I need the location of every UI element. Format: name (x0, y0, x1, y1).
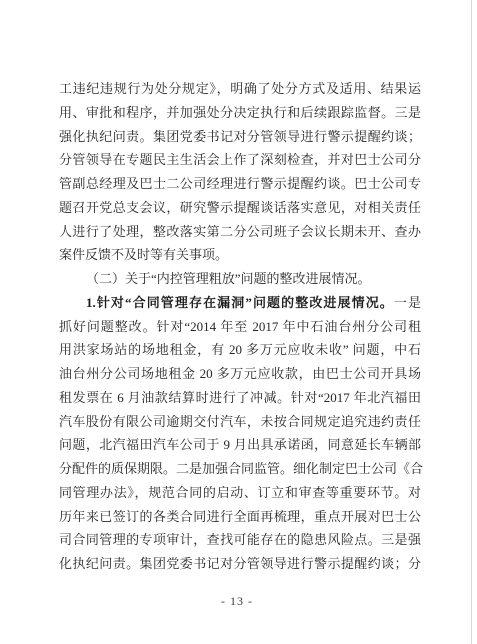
text-segment: 用洪家场站的场地租金，有 20 多万元应收未收” 问题，中石 (59, 342, 421, 357)
text-segment-bold: 1.针对“合同管理存在漏洞”问题的整改进展情况。 (86, 295, 394, 310)
text-segment: （二）关于“内控管理粗放”问题的整改进展情况。 (86, 271, 371, 286)
text-segment: 题召开党总支会议，研究警示提醒谈话落实意见，对相关责任 (59, 200, 421, 215)
text-segment: 人进行了处理，整改落实第二分公司班子会议长期未开、查办 (59, 224, 421, 239)
text-line: 用洪家场站的场地租金，有 20 多万元应收未收” 问题，中石 (59, 338, 421, 362)
text-line: 油台州分公司场地租金 20 多万元应收款，由巴士公司开具场 (59, 362, 421, 386)
text-line: 问题，北汽福田汽车公司于 9 月出具承诺函，同意延长车辆部 (59, 433, 421, 457)
text-segment: 案件反馈不及时等有关事项。 (59, 247, 228, 262)
document-page: 工违纪违规行为处分规定》，明确了处分方式及适用、结果运用、审批和程序，并加强处分… (0, 0, 477, 644)
text-segment: 分配件的质保期限。二是加强合同监管。细化制定巴士公司《合 (59, 461, 423, 476)
text-line: 案件反馈不及时等有关事项。 (59, 243, 421, 267)
text-segment: 历年来已签订的各类合同进行全面再梳理，重点开展对巴士公 (59, 509, 421, 524)
text-line: 管副总经理及巴士二公司经理进行警示提醒约谈。巴士公司专 (59, 172, 421, 196)
text-line: 工违纪违规行为处分规定》，明确了处分方式及适用、结果运 (59, 77, 421, 101)
text-line: 人进行了处理，整改落实第二分公司班子会议长期未开、查办 (59, 220, 421, 244)
text-segment: 分管领导在专题民主生活会上作了深刻检查，并对巴士公司分 (59, 152, 421, 167)
text-line: （二）关于“内控管理粗放”问题的整改进展情况。 (59, 267, 421, 291)
text-segment: 油台州分公司场地租金 20 多万元应收款，由巴士公司开具场 (59, 366, 421, 381)
text-line: 分配件的质保期限。二是加强合同监管。细化制定巴士公司《合 (59, 457, 421, 481)
text-line: 题召开党总支会议，研究警示提醒谈话落实意见，对相关责任 (59, 196, 421, 220)
text-segment: 汽车股份有限公司逾期交付汽车，未按合同规定追究违约责任 (59, 414, 421, 429)
page-number: - 13 - (59, 594, 415, 609)
text-segment: 一是 (394, 295, 421, 310)
text-segment: 强化执纪问责。集团党委书记对分管领导进行警示提醒约谈； (59, 129, 421, 144)
text-segment: 租发票在 6 月油款结算时进行了冲减。针对“2017 年北汽福田 (59, 390, 421, 405)
text-segment: 管副总经理及巴士二公司经理进行警示提醒约谈。巴士公司专 (59, 176, 421, 191)
text-line: 化执纪问责。集团党委书记对分管领导进行警示提醒约谈；分 (59, 552, 421, 576)
text-line: 历年来已签订的各类合同进行全面再梳理，重点开展对巴士公 (59, 505, 421, 529)
text-segment: 用、审批和程序，并加强处分决定执行和后续跟踪监督。三是 (59, 105, 421, 120)
text-line: 强化执纪问责。集团党委书记对分管领导进行警示提醒约谈； (59, 125, 421, 149)
text-segment: 化执纪问责。集团党委书记对分管领导进行警示提醒约谈；分 (59, 556, 421, 571)
text-line: 汽车股份有限公司逾期交付汽车，未按合同规定追究违约责任 (59, 410, 421, 434)
page-edge-line (471, 0, 472, 644)
text-segment: 司合同管理的专项审计，查找可能存在的隐患风险点。三是强 (59, 532, 421, 547)
text-line: 司合同管理的专项审计，查找可能存在的隐患风险点。三是强 (59, 528, 421, 552)
text-segment: 工违纪违规行为处分规定》，明确了处分方式及适用、结果运 (59, 81, 421, 96)
text-line: 1.针对“合同管理存在漏洞”问题的整改进展情况。一是 (59, 291, 421, 315)
text-segment: 抓好问题整改。针对“2014 年至 2017 年中石油台州分公司租 (59, 319, 421, 334)
text-segment: 问题，北汽福田汽车公司于 9 月出具承诺函，同意延长车辆部 (59, 437, 421, 452)
text-line: 抓好问题整改。针对“2014 年至 2017 年中石油台州分公司租 (59, 315, 421, 339)
text-block: 工违纪违规行为处分规定》，明确了处分方式及适用、结果运用、审批和程序，并加强处分… (59, 77, 421, 576)
text-line: 同管理办法》，规范合同的启动、订立和审查等重要环节。对 (59, 481, 421, 505)
text-line: 分管领导在专题民主生活会上作了深刻检查，并对巴士公司分 (59, 148, 421, 172)
text-segment: 同管理办法》，规范合同的启动、订立和审查等重要环节。对 (59, 485, 421, 500)
text-line: 用、审批和程序，并加强处分决定执行和后续跟踪监督。三是 (59, 101, 421, 125)
text-line: 租发票在 6 月油款结算时进行了冲减。针对“2017 年北汽福田 (59, 386, 421, 410)
